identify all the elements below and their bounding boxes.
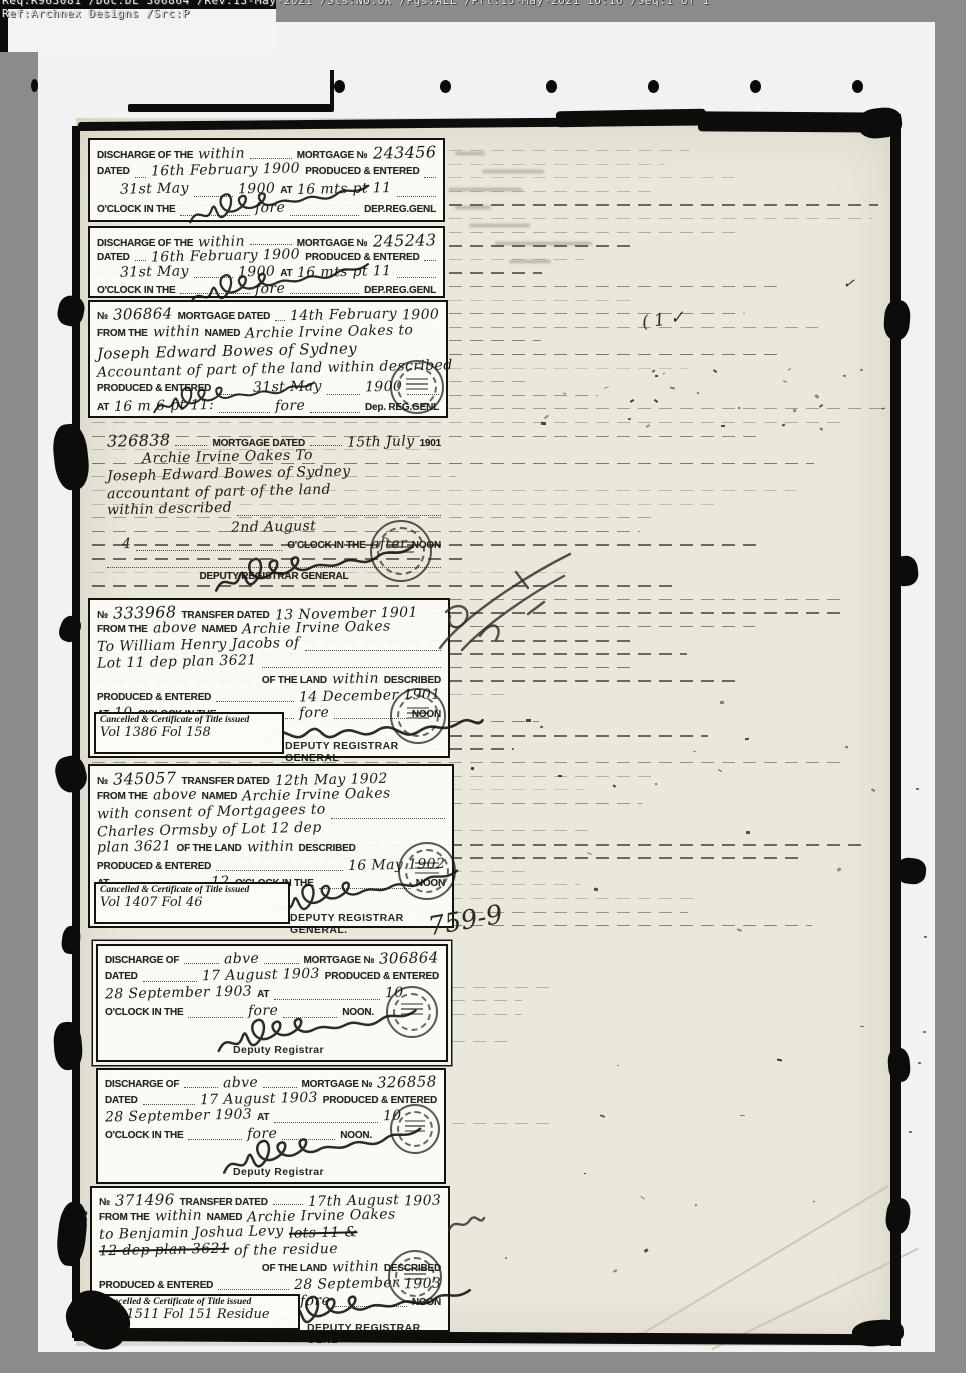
handwritten-entry: above: [152, 786, 196, 803]
printed-form-text: DISCHARGE OF THE: [97, 150, 193, 161]
cancelled-certificate-box: Cancelled & Certificate of Title issuedV…: [94, 712, 284, 754]
printed-form-text: MORTGAGE DATED: [178, 311, 271, 322]
printed-form-text: AT: [257, 989, 269, 1000]
stamp-row: FROM THEaboveNAMEDArchie Irvine Oakes: [92, 787, 450, 805]
ink-speck: [721, 425, 725, 427]
printed-form-text: PRODUCED & ENTERED: [99, 1280, 213, 1291]
handwritten-entry: abve: [223, 1075, 258, 1092]
stamp-row: 326838MORTGAGE DATED15th July1901: [102, 431, 446, 449]
handwritten-entry: lots 11 &: [289, 1224, 358, 1241]
dotted-rule: [273, 1204, 303, 1205]
printed-form-text: O'CLOCK IN THE: [105, 1007, 183, 1018]
gutter-speck: [923, 1031, 926, 1033]
dotted-rule: [180, 293, 249, 294]
stamp-discharge-243456: DISCHARGE OF THEwithinMORTGAGE №243456DA…: [88, 138, 445, 222]
dotted-rule: [188, 1139, 241, 1140]
deputy-registrar-label: Deputy Registrar: [233, 1166, 324, 1178]
dotted-rule: [319, 888, 411, 889]
handwritten-entry: 245243: [372, 230, 436, 250]
printed-form-text: №: [97, 776, 108, 787]
handwritten-entry: Charles Ormsby of Lot 12 dep: [97, 819, 322, 840]
hole-punch-icon: [334, 80, 345, 93]
ink-speck: [628, 418, 631, 420]
pencil-annotation: ✓: [842, 276, 855, 293]
printed-form-text: NAMED: [205, 328, 241, 339]
stamp-row: within described: [102, 501, 446, 519]
handwritten-entry: within: [332, 671, 379, 688]
handwritten-entry: within: [246, 839, 293, 856]
printed-form-text: MORTGAGE №: [304, 955, 375, 966]
printed-form-text: DATED: [97, 252, 130, 263]
handwritten-entry: 31st May: [120, 180, 189, 197]
printed-form-text: FROM THE: [97, 791, 148, 802]
stamp-row: FROM THEwithinNAMEDArchie Irvine Oakes t…: [92, 324, 444, 343]
printed-form-text: AT: [280, 185, 292, 196]
dotted-rule: [290, 293, 359, 294]
stamp-row: AT16 m 6 pt 11:foreDep. REG.GENL: [92, 398, 444, 417]
dotted-rule: [237, 515, 441, 516]
ink-speck: [693, 750, 697, 752]
stamp-row: 12 dep plan 3621of the residue: [94, 1242, 446, 1259]
printed-form-text: PRODUCED & ENTERED: [305, 252, 419, 263]
printed-form-text: DESCRIBED: [384, 675, 441, 686]
dotted-rule: [331, 818, 445, 819]
handwritten-entry: 16 mts pt 11: [297, 180, 392, 198]
dotted-rule: [424, 177, 436, 178]
handwritten-entry: accountant of part of the land: [107, 481, 331, 502]
printed-form-text: O'CLOCK IN THE: [97, 285, 175, 296]
dotted-rule: [143, 1104, 195, 1105]
dotted-rule: [219, 412, 269, 413]
handwritten-entry: fore: [255, 200, 286, 217]
dotted-rule: [143, 981, 197, 982]
vol-fol-entry: Vol 1386 Fol 158: [100, 725, 278, 740]
printed-form-text: O'CLOCK IN THE: [105, 1130, 183, 1141]
scanner-header-bar: Req:R963081 /Doc:DL 306864 /Rev:13-May-2…: [0, 0, 966, 22]
ink-speck: [740, 1115, 745, 1116]
dotted-rule: [274, 999, 380, 1000]
handwritten-entry: within: [198, 146, 245, 163]
deputy-registrar-label: DEPUTY REGISTRAR GENERAL: [285, 740, 448, 764]
stamp-row: Archie Irvine Oakes To: [102, 449, 446, 467]
printed-form-text: 1901: [420, 438, 441, 449]
handwritten-entry: 345057: [113, 768, 177, 788]
hole-punch-icon: [852, 80, 863, 93]
handwritten-entry: 306864: [113, 304, 173, 323]
handwritten-entry: fore: [274, 397, 305, 414]
stamp-row: DISCHARGE OF THEwithinMORTGAGE №243456: [92, 143, 441, 162]
ledger-line-faint: [452, 1014, 522, 1015]
printed-form-text: AT: [257, 1112, 269, 1123]
printed-form-text: NAMED: [202, 624, 238, 635]
stamp-row: Lot 11 dep plan 3621: [92, 654, 446, 671]
handwritten-entry: fore: [247, 1125, 278, 1142]
printed-form-text: PRODUCED & ENTERED: [325, 971, 439, 982]
stamp-row: DATED17 August 1903PRODUCED & ENTERED: [100, 967, 444, 985]
dotted-rule: [194, 277, 233, 278]
bleedthrough-mark: [509, 260, 551, 263]
handwritten-entry: 1900: [238, 264, 276, 281]
registrar-general-seal-icon: [390, 360, 444, 414]
dotted-rule: [216, 394, 248, 395]
hole-punch-icon-partial: [31, 79, 38, 92]
handwritten-entry: Archie Irvine Oakes To: [142, 447, 313, 467]
printed-form-text: PRODUCED & ENTERED: [97, 383, 211, 394]
handwritten-entry: 16 mts pt 11: [297, 263, 392, 281]
printed-form-text: DEP.REG.GENL: [364, 204, 436, 215]
handwritten-entry: 1900: [402, 307, 440, 324]
stamp-row: DISCHARGE OFabveMORTGAGE №306864: [100, 949, 444, 967]
stamp-row: DATED17 August 1903PRODUCED & ENTERED: [100, 1091, 442, 1109]
stamp-row: with consent of Mortgagees to: [92, 804, 450, 822]
registrar-general-seal-icon: [390, 688, 446, 744]
ink-speck: [720, 700, 724, 703]
handwritten-entry: fore: [248, 1003, 279, 1020]
marginal-squiggle: [446, 1210, 486, 1236]
printed-form-text: FROM THE: [99, 1212, 150, 1223]
handwritten-entry: 15th July: [347, 433, 415, 450]
stamp-mortgage-306864: №306864MORTGAGE DATED14th February1900FR…: [88, 300, 448, 418]
registrar-general-seal-icon: [388, 1250, 442, 1304]
dotted-rule: [216, 870, 342, 871]
bleedthrough-mark: [469, 224, 529, 227]
cancelled-certificate-label: Cancelled & Certificate of Title issued: [100, 715, 278, 725]
printed-form-text: NOON.: [340, 1130, 372, 1141]
bleedthrough-mark: [455, 206, 491, 209]
ink-speck: [655, 374, 658, 376]
dotted-rule: [397, 277, 436, 278]
handwritten-entry: within: [332, 1259, 379, 1276]
deputy-registrar-label: Deputy Registrar: [233, 1044, 324, 1056]
handwritten-entry: 17 August 1903: [202, 966, 320, 984]
bleedthrough-mark: [455, 152, 485, 155]
stamp-row: Charles Ormsby of Lot 12 dep: [92, 822, 450, 840]
hole-punch-icon: [648, 80, 659, 93]
stamp-discharge-326858: DISCHARGE OFabveMORTGAGE №326858DATED17 …: [96, 1068, 446, 1184]
handwritten-entry: 31st May: [120, 263, 189, 280]
ledger-line: [92, 762, 843, 763]
dotted-rule: [135, 177, 147, 178]
hole-punch-icon: [750, 80, 761, 93]
handwritten-entry: plan 3621: [97, 838, 172, 856]
handwritten-entry: of the residue: [234, 1241, 338, 1259]
stamp-transfer-371496: №371496TRANSFER DATED17th August1903FROM…: [90, 1186, 450, 1332]
printed-form-text: DEP.REG.GENL: [364, 285, 436, 296]
printed-form-text: №: [97, 311, 108, 322]
dotted-rule: [310, 412, 360, 413]
dotted-rule: [327, 394, 359, 395]
stamp-row: accountant of part of the land: [102, 484, 446, 502]
dotted-rule: [290, 215, 359, 216]
ink-speck: [584, 1173, 586, 1175]
dotted-rule: [250, 158, 291, 159]
ink-speck: [819, 427, 822, 430]
handwritten-entry: 243456: [372, 142, 436, 162]
page-top-border-heavy: [556, 109, 706, 128]
handwritten-entry: Archie Irvine Oakes to: [245, 322, 414, 342]
printed-form-text: O'CLOCK IN THE: [287, 540, 365, 551]
dotted-rule: [397, 196, 436, 197]
dotted-rule: [218, 1289, 289, 1290]
printed-form-text: OF THE LAND: [176, 843, 241, 854]
stamp-row: FROM THEaboveNAMEDArchie Irvine Oakes: [92, 620, 446, 637]
handwritten-entry: abve: [224, 951, 259, 968]
crossed-out-scribble: [432, 548, 577, 658]
ledger-line-faint: [452, 1123, 555, 1124]
handwritten-entry: To William Henry Jacobs of: [97, 635, 300, 655]
dotted-rule: [194, 196, 233, 197]
ink-speck: [526, 719, 531, 722]
ledger-line: [92, 422, 844, 423]
dotted-rule: [335, 1306, 407, 1307]
stamp-row: O'CLOCK IN THEforeDEP.REG.GENL: [92, 200, 441, 219]
handwritten-entry: fore: [299, 705, 330, 722]
dotted-rule: [264, 963, 299, 964]
cancelled-certificate-label: Cancelled & Certificate of Title issued: [102, 1297, 294, 1307]
cancelled-certificate-box: Cancelled & Certificate of Title issuedV…: [94, 882, 290, 924]
ledger-line-faint: [452, 987, 550, 988]
dotted-rule: [282, 1139, 335, 1140]
registrar-general-seal-icon: [398, 842, 456, 900]
stamp-row: O'CLOCK IN THEforeDEP.REG.GENL: [92, 281, 441, 298]
printed-form-text: №: [97, 610, 108, 621]
printed-form-text: PRODUCED & ENTERED: [305, 166, 419, 177]
handwritten-entry: 1903: [404, 1193, 442, 1210]
dotted-rule: [274, 1122, 378, 1123]
stamp-row: №306864MORTGAGE DATED14th February1900: [92, 305, 444, 324]
printed-form-text: PRODUCED & ENTERED: [97, 692, 211, 703]
gutter-speck: [924, 936, 927, 938]
printed-form-text: DESCRIBED: [299, 843, 356, 854]
dotted-rule: [310, 445, 342, 446]
stamp-row: DATED16th February 1900PRODUCED & ENTERE…: [92, 162, 441, 181]
printed-form-text: MORTGAGE №: [297, 238, 368, 249]
stamp-row: DISCHARGE OF THEwithinMORTGAGE №245243: [92, 231, 441, 248]
handwritten-entry: 2nd August: [231, 518, 317, 536]
handwritten-entry: 14th February: [290, 306, 397, 324]
stamp-row: to Benjamin Joshua Levylots 11 &: [94, 1225, 446, 1242]
printed-form-text: OF THE LAND: [262, 675, 327, 686]
dotted-rule: [263, 1087, 297, 1088]
stamp-row: plan 3621OF THE LANDwithinDESCRIBED: [92, 839, 450, 857]
printed-form-text: №: [99, 1197, 110, 1208]
dotted-rule: [216, 701, 294, 702]
vol-fol-entry: Vol 1407 Fol 46: [100, 895, 284, 910]
stamp-transfer-333968: №333968TRANSFER DATED13 November 1901FRO…: [88, 598, 450, 758]
hole-punch-icon: [440, 80, 451, 93]
stamp-row: №333968TRANSFER DATED13 November 1901: [92, 603, 446, 620]
handwritten-entry: Lot 11 dep plan 3621: [97, 652, 257, 671]
dotted-rule: [184, 1087, 218, 1088]
scanner-header-line1-clipped: Req:R963081 /Doc:DL 306864 /Rev:13-May-2…: [2, 0, 710, 7]
printed-form-text: FROM THE: [97, 328, 148, 339]
vol-fol-entry: Vol 1511 Fol 151 Residue: [102, 1307, 294, 1322]
stamp-row: 31st May1900AT16 mts pt 11: [92, 181, 441, 200]
gutter-speck: [909, 1131, 912, 1133]
handwritten-entry: within: [152, 323, 199, 340]
dotted-rule: [424, 260, 436, 261]
printed-form-text: O'CLOCK IN THE: [97, 204, 175, 215]
dotted-rule: [283, 1017, 337, 1018]
registrar-general-seal-icon: [386, 986, 438, 1038]
ink-speck: [558, 774, 562, 776]
printed-form-text: TRANSFER DATED: [181, 776, 269, 787]
handwritten-entry: 16th February 1900: [151, 160, 300, 179]
cancelled-certificate-label: Cancelled & Certificate of Title issued: [100, 885, 284, 895]
stamp-mortgage-326838: 326838MORTGAGE DATED15th July1901Archie …: [100, 428, 448, 590]
printed-form-text: MORTGAGE №: [297, 150, 368, 161]
stamp-discharge-306864: DISCHARGE OFabveMORTGAGE №306864DATED17 …: [96, 944, 448, 1062]
dotted-rule: [305, 650, 441, 651]
handwritten-entry: 326838: [107, 430, 171, 450]
stamp-row: PRODUCED & ENTERED16 May 1902: [92, 857, 450, 875]
ledger-line-faint: [452, 1041, 513, 1042]
dotted-rule: [180, 215, 249, 216]
printed-form-text: FROM THE: [97, 624, 148, 635]
stamp-row: №345057TRANSFER DATED12th May 1902: [92, 769, 450, 787]
handwritten-entry: 28 September 1903: [105, 983, 252, 1002]
ledger-line-faint: [452, 1000, 522, 1001]
dotted-rule: [136, 550, 282, 551]
gutter-speck: [916, 788, 919, 790]
dotted-rule: [184, 963, 219, 964]
hole-punch-icon: [546, 80, 557, 93]
printed-form-text: PRODUCED & ENTERED: [97, 861, 211, 872]
scanned-register-screenshot: { "colors":{"canvas":"#8b8b8b","platen":…: [0, 0, 966, 1373]
handwritten-entry: fore: [255, 280, 286, 297]
printed-form-text: TRANSFER DATED: [180, 1197, 268, 1208]
handwritten-entry: above: [152, 620, 196, 637]
dotted-rule: [188, 1017, 242, 1018]
stamp-row: DISCHARGE OFabveMORTGAGE №326858: [100, 1073, 442, 1091]
stamp-row: Joseph Edward Bowes of Sydney: [102, 466, 446, 484]
page-right-border: [890, 114, 901, 1346]
printed-form-text: MORTGAGE №: [302, 1079, 373, 1090]
ink-speck: [745, 737, 750, 740]
handwritten-entry: to Benjamin Joshua Levy: [99, 1223, 284, 1243]
printed-form-text: DATED: [105, 1095, 138, 1106]
printed-form-text: DISCHARGE OF: [105, 955, 179, 966]
handwritten-entry: 326858: [377, 1072, 437, 1091]
tab-bottom-line: [128, 104, 334, 112]
printed-form-text: OF THE LAND: [262, 1263, 327, 1274]
registrar-general-seal-icon: [370, 520, 432, 582]
tab-right-tick: [330, 70, 334, 110]
stamp-row: OF THE LANDwithinDESCRIBED: [92, 671, 446, 688]
stamp-row: To William Henry Jacobs of: [92, 637, 446, 654]
printed-form-text: DATED: [105, 971, 138, 982]
dotted-rule: [250, 244, 291, 245]
printed-form-text: NAMED: [207, 1212, 243, 1223]
printed-form-text: DISCHARGE OF: [105, 1079, 179, 1090]
handwritten-entry: within described: [107, 500, 232, 519]
handwritten-entry: 31st May: [253, 378, 322, 395]
handwritten-entry: 12 dep plan 3621: [99, 1241, 230, 1260]
ink-speck: [541, 422, 546, 425]
handwritten-entry: 28 September: [294, 1275, 399, 1293]
gutter-speck: [918, 1062, 921, 1064]
printed-form-text: AT: [97, 402, 109, 413]
handwritten-entry: 16 m 6 pt 11:: [114, 396, 214, 414]
printed-form-text: NAMED: [202, 791, 238, 802]
handwritten-entry: 28 September 1903: [105, 1106, 252, 1125]
handwritten-entry: 4: [122, 536, 132, 552]
dotted-rule: [135, 260, 147, 261]
handwritten-entry: 1900: [238, 181, 276, 198]
handwritten-entry: 306864: [379, 948, 439, 967]
printed-form-text: AT: [280, 268, 292, 279]
printed-form-text: NOON.: [342, 1007, 374, 1018]
handwritten-entry: 17 August 1903: [200, 1089, 318, 1107]
bleedthrough-mark: [482, 170, 544, 173]
stamp-transfer-345057: №345057TRANSFER DATED12th May 1902FROM T…: [88, 764, 454, 928]
registrar-general-seal-icon: [390, 1104, 440, 1154]
stamp-row: 31st May1900AT16 mts pt 11: [92, 264, 441, 281]
scanner-header-line2: Ref:Archnex Designs /Src:P: [2, 7, 190, 20]
printed-form-text: DISCHARGE OF THE: [97, 238, 193, 249]
dotted-rule: [275, 320, 285, 321]
printed-form-text: DEPUTY REGISTRAR GENERAL: [200, 571, 349, 582]
stamp-row: №371496TRANSFER DATED17th August1903: [94, 1191, 446, 1208]
printed-form-text: DATED: [97, 166, 130, 177]
handwritten-entry: 16th February 1900: [151, 246, 300, 265]
handwritten-entry: within: [154, 1208, 201, 1225]
stamp-discharge-245243: DISCHARGE OF THEwithinMORTGAGE №245243DA…: [88, 226, 445, 298]
handwritten-entry: fore: [300, 1293, 331, 1310]
dotted-rule: [262, 667, 441, 668]
handwritten-entry: 371496: [115, 1190, 175, 1209]
dotted-rule: [175, 445, 207, 446]
